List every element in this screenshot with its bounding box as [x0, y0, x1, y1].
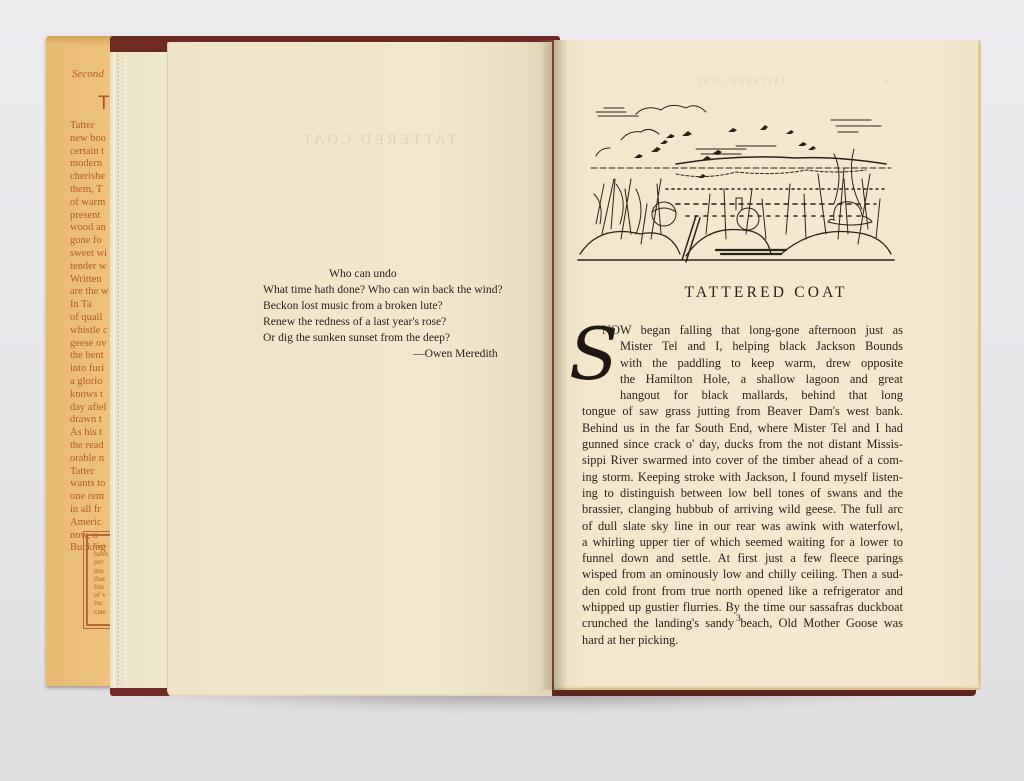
body-line: Mister Tel and I, helping black Jackson …	[582, 338, 903, 354]
body-line: hard at her picking.	[582, 632, 903, 648]
body-line: den cold front from true north opened li…	[582, 583, 903, 599]
body-line: funnel down and settle. At first just a …	[582, 550, 903, 566]
show-through-title: TATTERED COAT	[300, 132, 457, 149]
epigraph-line: Who can undo	[263, 266, 553, 282]
body-line: ing to distinguish between low bell tone…	[582, 485, 903, 501]
body-line: of dull slate sky line in our rear was a…	[582, 518, 903, 534]
body-line: wisped from an ominously low and chilly …	[582, 566, 903, 582]
body-line: the Hamilton Hole, a shallow lagoon and …	[582, 371, 903, 387]
body-line: a whirling upper tier of which seemed wa…	[582, 534, 903, 550]
show-through-folio: 5	[884, 76, 889, 86]
endpaper-stitched-edge	[117, 55, 127, 685]
chapter-body-text: NOW began falling that long-gone afterno…	[582, 322, 903, 648]
epigraph-line: Beckon lost music from a broken lute?	[263, 298, 553, 314]
body-line: NOW began falling that long-gone afterno…	[582, 322, 903, 338]
jacket-edition-label: Second	[72, 68, 104, 80]
body-line: Behind us in the far South End, where Mi…	[582, 420, 903, 436]
epigraph-attribution: —Owen Meredith	[263, 346, 553, 362]
body-line: crunched the landing's sandy beach, Old …	[582, 615, 903, 631]
jacket-title-letter: T	[98, 93, 110, 115]
epigraph-line: What time hath done? Who can win back th…	[263, 282, 553, 298]
epigraph-line: Renew the redness of a last year's rose?	[263, 314, 553, 330]
body-line: gunned since crack o' day, ducks from th…	[582, 436, 903, 452]
duck-blind-illustration	[576, 94, 896, 264]
body-line: brassier, clanging hubbub of arriving wi…	[582, 501, 903, 517]
epigraph-line: Or dig the sunken sunset from the deep?	[263, 330, 553, 346]
epigraph: Who can undo What time hath done? Who ca…	[263, 266, 553, 362]
body-line: hangout for black mallards, behind that …	[582, 387, 903, 403]
body-line: whipped up gustier flurries. By the time…	[582, 599, 903, 615]
body-line: sippi River swarmed into cover of the ti…	[582, 452, 903, 468]
show-through-header: TATTERED COAT	[696, 76, 786, 86]
body-line: ing storm. Keeping stroke with Jackson, …	[582, 469, 903, 485]
book-gutter	[540, 40, 568, 690]
body-line: tongue of saw grass jutting from Beaver …	[582, 403, 903, 419]
chapter-title: TATTERED COAT	[560, 284, 972, 302]
page-number: 3	[736, 614, 741, 624]
body-line: with the paddling to keep warm, drew opp…	[582, 355, 903, 371]
